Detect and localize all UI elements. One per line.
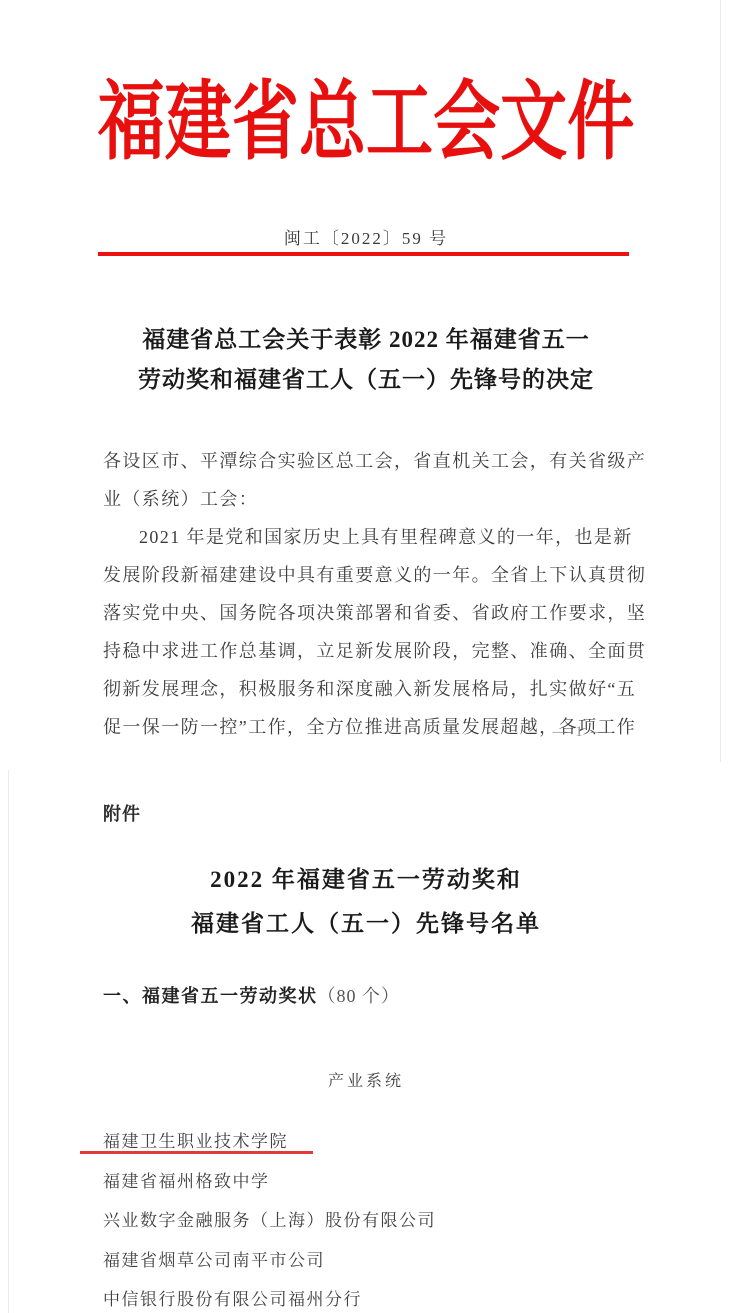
list-item: 福建省烟草公司南平市公司 xyxy=(103,1241,663,1281)
document-title-line-1: 福建省总工会关于表彰 2022 年福建省五一 xyxy=(142,327,590,352)
body-line: 持稳中求进工作总基调，立足新发展阶段，完整、准确、全面贯 xyxy=(103,632,643,670)
salutation-line: 各设区市、平潭综合实验区总工会，省直机关工会，有关省级产 xyxy=(103,442,643,480)
body-line: 落实党中央、国务院各项决策部署和省委、省政府工作要求，坚 xyxy=(103,594,643,632)
award-list: 福建卫生职业技术学院 福建省福州格致中学 兴业数字金融服务（上海）股份有限公司 … xyxy=(103,1122,663,1313)
list-item: 福建省福州格致中学 xyxy=(103,1162,663,1202)
red-separator-line xyxy=(98,252,629,256)
section-count: （80 个） xyxy=(318,986,401,1006)
attachment-title-line-1: 2022 年福建省五一劳动奖和 xyxy=(210,867,522,892)
document-viewer: 福建省总工会文件 闽工〔2022〕59 号 福建省总工会关于表彰 2022 年福… xyxy=(0,0,732,1313)
attachment-label: 附件 xyxy=(103,800,141,826)
attachment-title-line-2: 福建省工人（五一）先锋号名单 xyxy=(191,911,541,936)
list-item-highlighted: 福建卫生职业技术学院 xyxy=(103,1122,663,1162)
page-number: — 1 — xyxy=(500,724,660,741)
list-item: 兴业数字金融服务（上海）股份有限公司 xyxy=(103,1201,663,1241)
salutation-line: 业（系统）工会： xyxy=(103,480,643,518)
document-header-title: 福建省总工会文件 xyxy=(81,76,652,168)
document-body: 各设区市、平潭综合实验区总工会，省直机关工会，有关省级产 业（系统）工会： 20… xyxy=(103,442,643,746)
document-title-line-2: 劳动奖和福建省工人（五一）先锋号的决定 xyxy=(138,367,594,392)
document-number: 闽工〔2022〕59 号 xyxy=(0,224,732,249)
document-title: 福建省总工会关于表彰 2022 年福建省五一 劳动奖和福建省工人（五一）先锋号的… xyxy=(0,320,732,400)
body-line: 发展阶段新福建建设中具有重要意义的一年。全省上下认真贯彻 xyxy=(103,556,643,594)
body-line: 2021 年是党和国家历史上具有里程碑意义的一年，也是新 xyxy=(103,518,643,556)
list-item: 中信银行股份有限公司福州分行 xyxy=(103,1280,663,1313)
attachment-title: 2022 年福建省五一劳动奖和 福建省工人（五一）先锋号名单 xyxy=(0,858,732,946)
body-line: 彻新发展理念，积极服务和深度融入新发展格局，扎实做好“五 xyxy=(103,670,643,708)
section-heading: 一、福建省五一劳动奖状（80 个） xyxy=(103,982,400,1008)
section-heading-text: 一、福建省五一劳动奖状 xyxy=(103,986,318,1006)
category-heading: 产业系统 xyxy=(0,1068,732,1091)
